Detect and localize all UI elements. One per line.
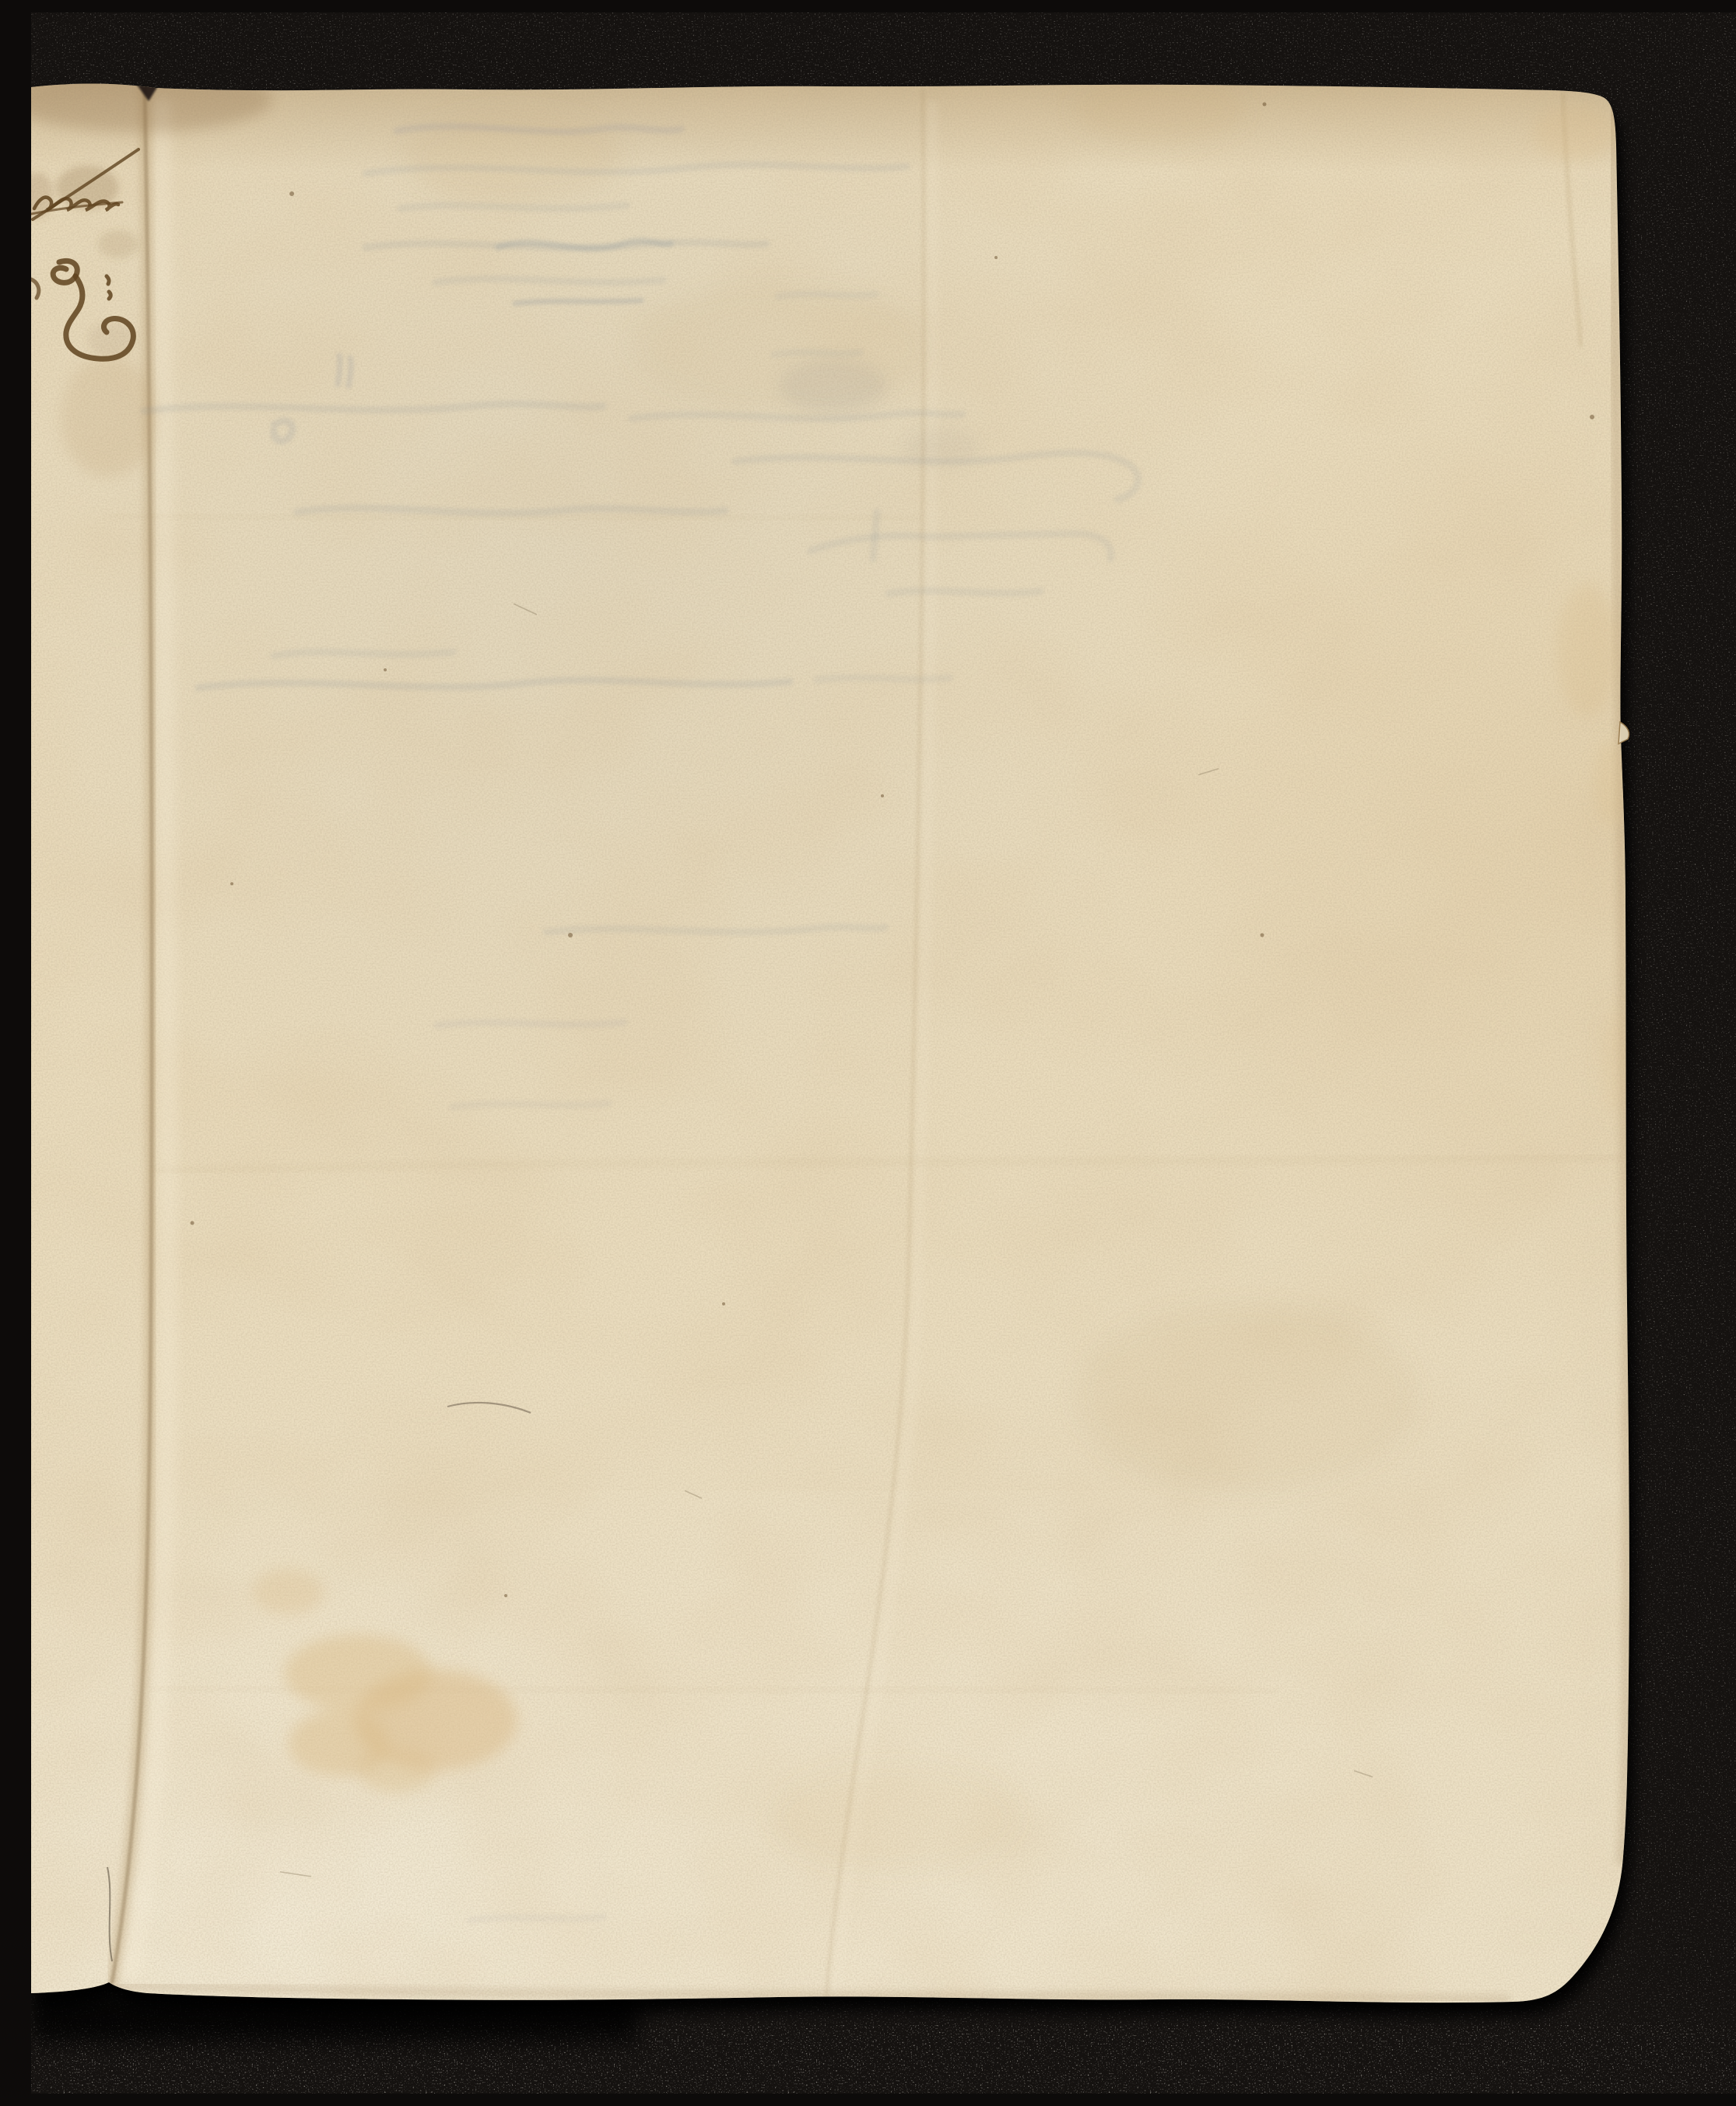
gutter-smudge (61, 356, 157, 478)
stain-small-spot (252, 1568, 324, 1615)
stain-top-right-corner (1533, 106, 1619, 160)
manuscript-page (31, 67, 1634, 2020)
scan-canvas (31, 12, 1736, 2094)
ink-colon-upper (107, 276, 109, 284)
manuscript-scan: Photograph of an aged, nearly blank manu… (31, 12, 1736, 2094)
ink-colon-lower (109, 292, 110, 299)
